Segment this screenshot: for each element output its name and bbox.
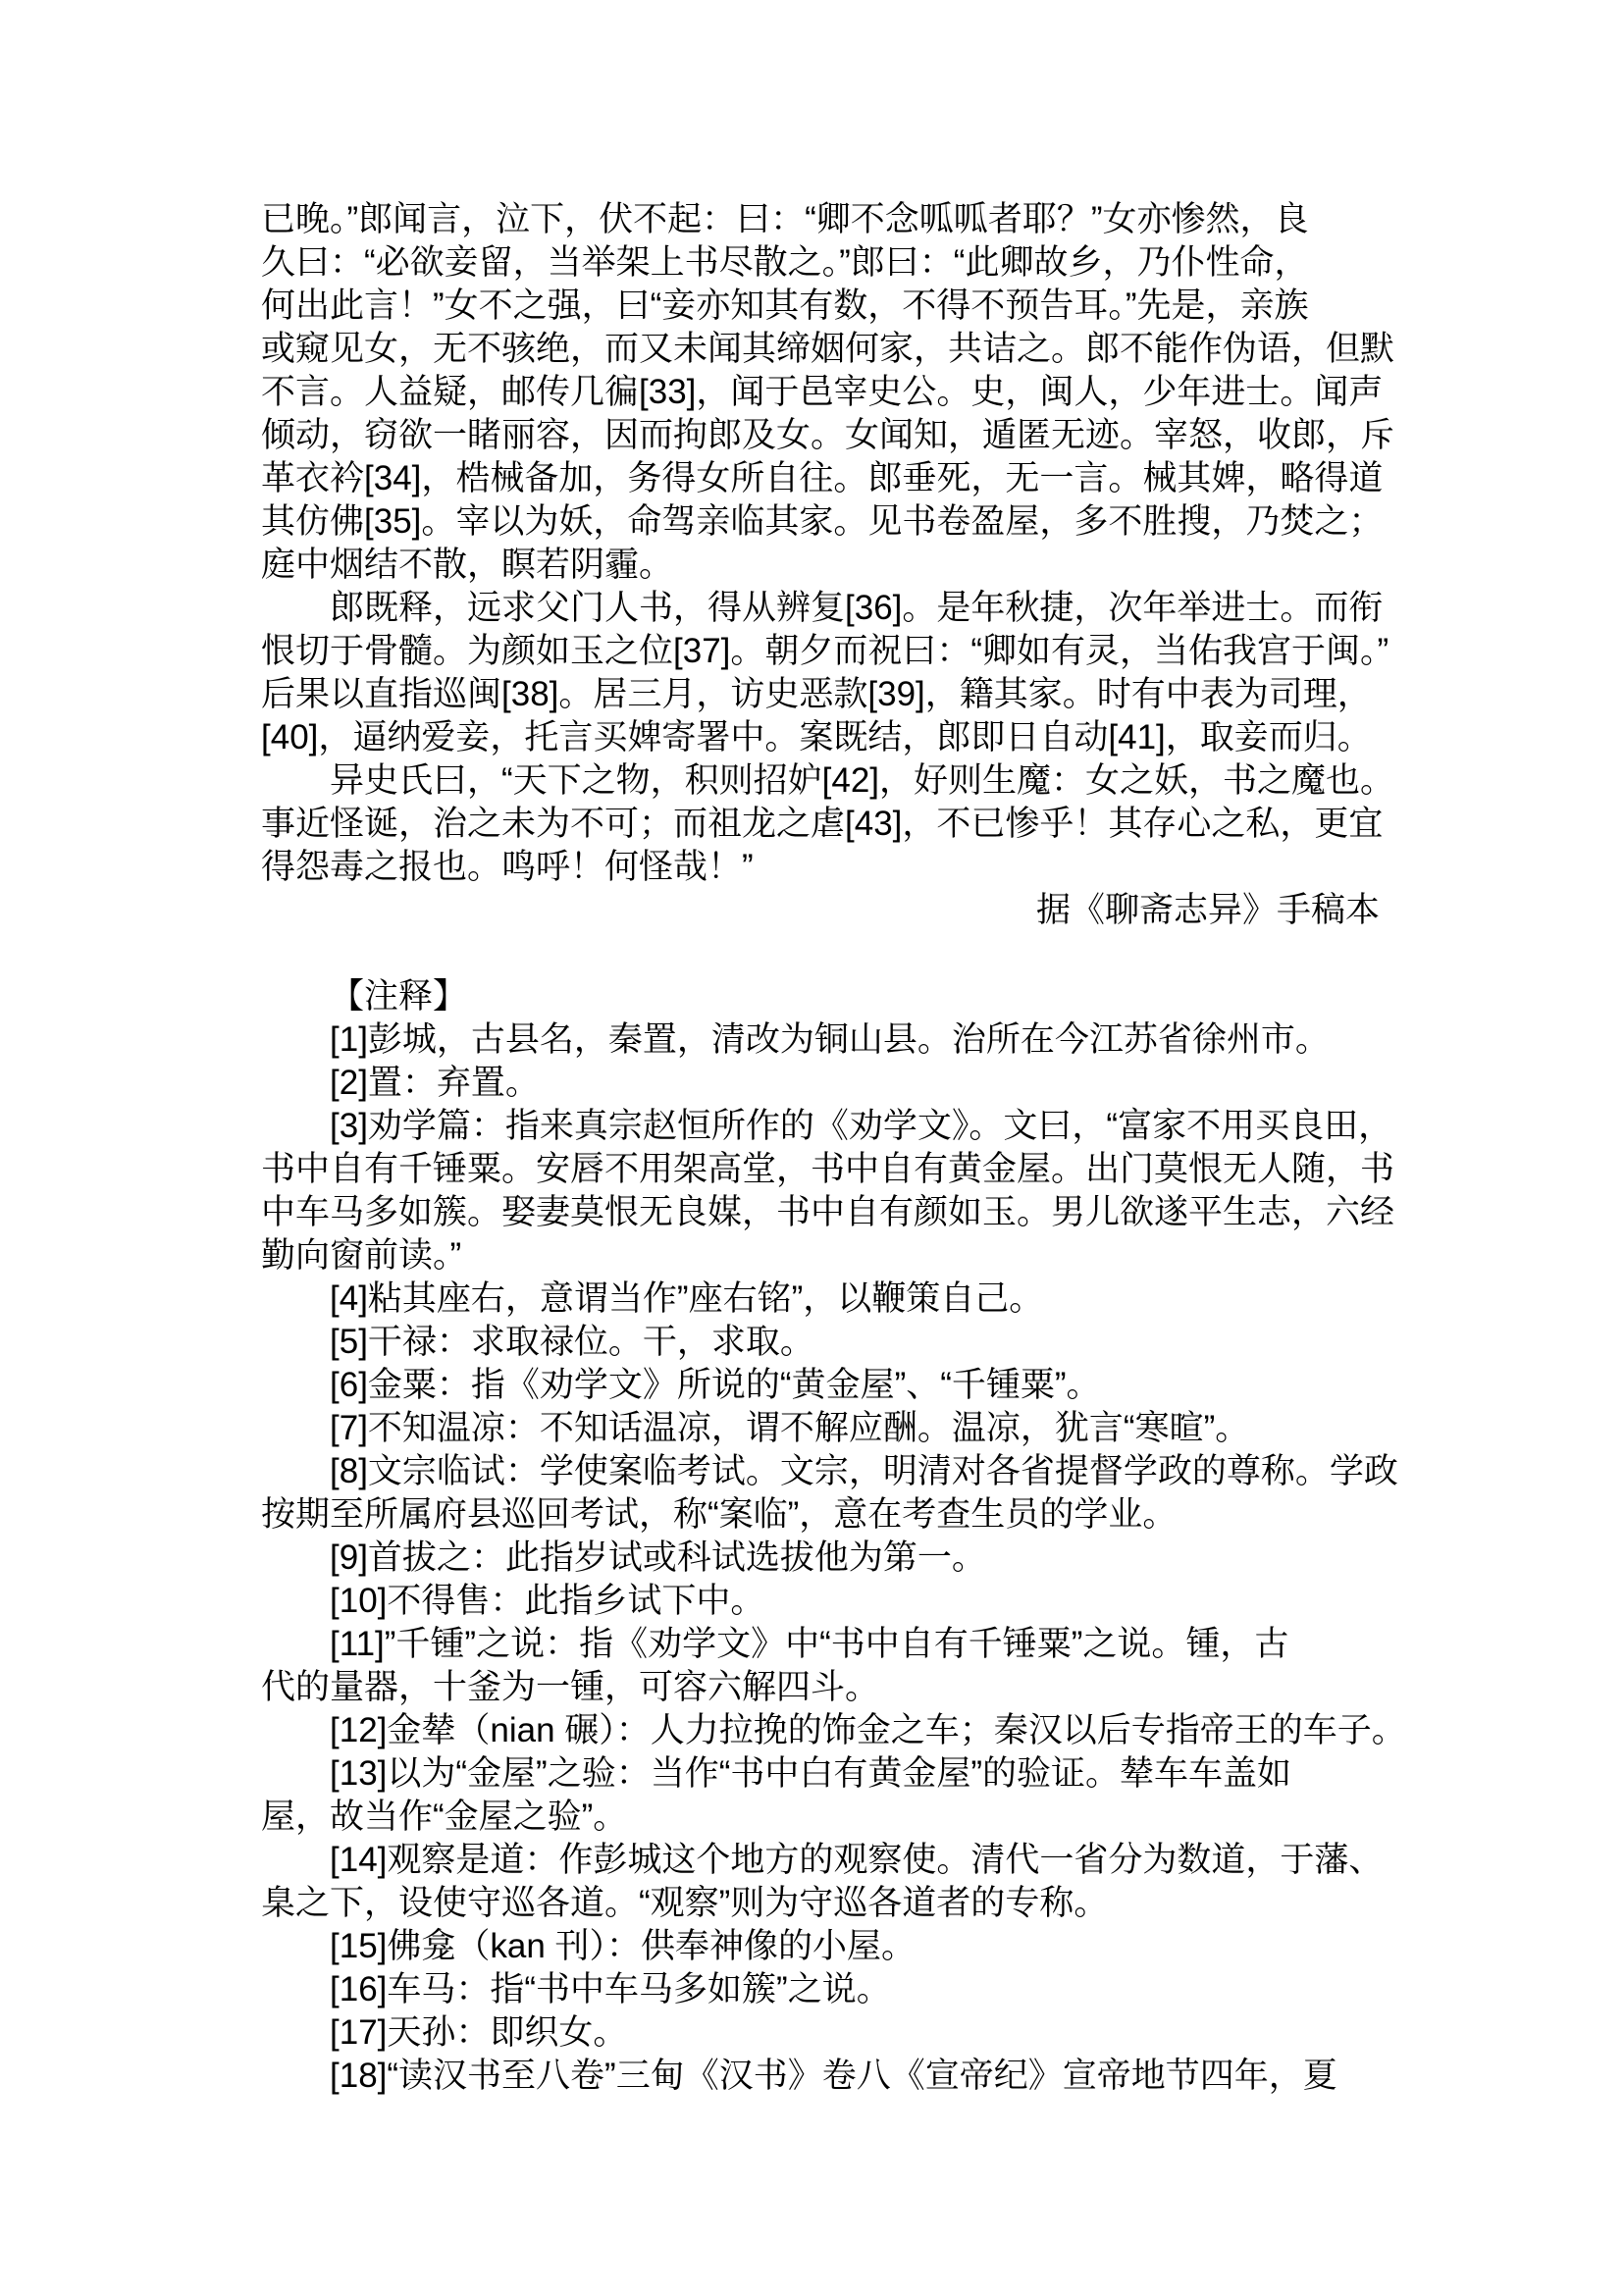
text-line: [2]置：弃置。 [261, 1062, 1380, 1105]
text-line: [14]观察是道：作彭城这个地方的观察使。清代一省分为数道，于藩、 [261, 1839, 1380, 1882]
text-line: 或窥见女，无不骇绝，而又未闻其缔姻何家，共诘之。郎不能作伪语，但默 [261, 328, 1380, 371]
text-line: 何出此言！”女不之强，曰“妾亦知其有数，不得不预告耳。”先是，亲族 [261, 285, 1380, 328]
annotations-header: 【注释】 [261, 975, 1380, 1018]
text-line: 得怨毒之报也。鸣呼！何怪哉！” [261, 846, 1380, 889]
text-line: [6]金粟：指《劝学文》所说的“黄金屋”、“千锺粟”。 [261, 1364, 1380, 1407]
paragraph-gap [261, 932, 1380, 975]
text-line: 革衣衿[34]，梏械备加，务得女所自往。郎垂死，无一言。械其婢，略得道 [261, 457, 1380, 500]
text-line: [17]天孙：即织女。 [261, 2011, 1380, 2055]
text-line: 久曰：“必欲妾留，当举架上书尽散之。”郎曰：“此卿故乡，乃仆性命， [261, 241, 1380, 285]
text-line: [5]干禄：求取禄位。干，求取。 [261, 1321, 1380, 1364]
text-line: 恨切于骨髓。为颜如玉之位[37]。朝夕而祝曰：“卿如有灵，当佑我宫于闽。” [261, 630, 1380, 673]
source-attribution: 据《聊斋志异》手稿本 [261, 889, 1380, 932]
text-line: [13]以为“金屋”之验：当作“书中白有黄金屋”的验证。辇车车盖如 [261, 1752, 1380, 1796]
text-line: 勤向窗前读。” [261, 1234, 1380, 1277]
text-line: [15]佛龛（kan 刊）：供奉神像的小屋。 [261, 1925, 1380, 1968]
text-line: [16]车马：指“书中车马多如簇”之说。 [261, 1968, 1380, 2011]
text-line: 臬之下，设使守巡各道。“观察”则为守巡各道者的专称。 [261, 1882, 1380, 1925]
text-line: [10]不得售：此指乡试下中。 [261, 1580, 1380, 1623]
text-line: 屋，故当作“金屋之验”。 [261, 1796, 1380, 1839]
text-line: 倾动，窃欲一睹丽容，因而拘郎及女。女闻知，遁匿无迹。宰怒，收郎，斥 [261, 414, 1380, 457]
text-line: [18]“读汉书至八卷”三甸《汉书》卷八《宣帝纪》宣帝地节四年，夏 [261, 2055, 1380, 2098]
text-line: [1]彭城，古县名，秦置，清改为铜山县。治所在今江苏省徐州市。 [261, 1018, 1380, 1062]
story-text: 已晚。”郎闻言，泣下，伏不起：曰：“卿不念呱呱者耶？”女亦惨然，良久曰：“必欲妾… [261, 198, 1380, 889]
text-line: 后果以直指巡闽[38]。居三月，访史恶款[39]，籍其家。时有中表为司理， [261, 673, 1380, 716]
text-line: 异史氏曰，“天下之物，积则招妒[42]，好则生魔：女之妖，书之魔也。 [261, 759, 1380, 803]
text-line: 代的量器，十釜为一锺，可容六解四斗。 [261, 1666, 1380, 1709]
text-line: 按期至所属府县巡回考试，称“案临”，意在考查生员的学业。 [261, 1493, 1380, 1537]
text-line: 中车马多如簇。娶妻莫恨无良媒，书中自有颜如玉。男儿欲遂平生志，六经 [261, 1191, 1380, 1234]
text-line: [8]文宗临试：学使案临考试。文宗，明清对各省提督学政的尊称。学政 [261, 1450, 1380, 1493]
document-page: 已晚。”郎闻言，泣下，伏不起：曰：“卿不念呱呱者耶？”女亦惨然，良久曰：“必欲妾… [261, 198, 1380, 2098]
text-line: 不言。人益疑，邮传几徧[33]，闻于邑宰史公。史，闽人，少年进士。闻声 [261, 371, 1380, 414]
text-line: 郎既释，远求父门人书，得从辨复[36]。是年秋捷，次年举进士。而衔 [261, 587, 1380, 630]
text-line: 其仿佛[35]。宰以为妖，命驾亲临其家。见书卷盈屋，多不胜搜，乃焚之； [261, 500, 1380, 544]
text-line: 书中自有千锤粟。安唇不用架高堂，书中自有黄金屋。出门莫恨无人随，书 [261, 1148, 1380, 1191]
text-line: [3]劝学篇：指来真宗赵恒所作的《劝学文》。文曰，“富家不用买良田， [261, 1105, 1380, 1148]
text-line: 事近怪诞，治之未为不可；而祖龙之虐[43]，不已惨乎！其存心之私，更宜 [261, 803, 1380, 846]
text-line: [11]”千锺”之说：指《劝学文》中“书中自有千锤粟”之说。锺，古 [261, 1623, 1380, 1666]
text-line: [40]，逼纳爱妾，托言买婢寄署中。案既结，郎即日自动[41]，取妾而归。 [261, 716, 1380, 759]
text-line: [4]粘其座右，意谓当作”座右铭”，以鞭策自己。 [261, 1277, 1380, 1321]
annotations-text: [1]彭城，古县名，秦置，清改为铜山县。治所在今江苏省徐州市。[2]置：弃置。[… [261, 1018, 1380, 2098]
text-line: 已晚。”郎闻言，泣下，伏不起：曰：“卿不念呱呱者耶？”女亦惨然，良 [261, 198, 1380, 241]
text-line: 庭中烟结不散，瞑若阴霾。 [261, 544, 1380, 587]
text-line: [7]不知温凉：不知话温凉，谓不解应酬。温凉，犹言“寒暄”。 [261, 1407, 1380, 1450]
text-line: [9]首拔之：此指岁试或科试选拔他为第一。 [261, 1537, 1380, 1580]
text-line: [12]金辇（nian 碾）：人力拉挽的饰金之车；秦汉以后专指帝王的车子。 [261, 1709, 1380, 1752]
